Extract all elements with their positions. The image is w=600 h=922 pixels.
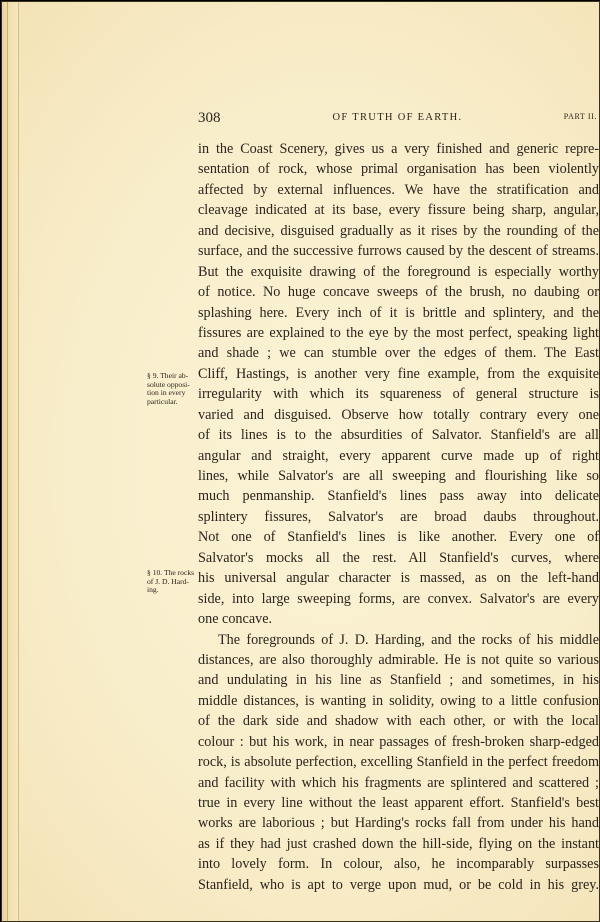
text-line: sentation of rock, whose primal organisa… [198, 159, 599, 179]
text-line: cleavage indicated at its base, every fi… [198, 200, 599, 220]
paragraph-2: The foregrounds of J. D. Harding, and th… [198, 630, 599, 896]
text-line: The foregrounds of J. D. Harding, and th… [198, 630, 599, 650]
page-header: 308 OF TRUTH OF EARTH. PART II. [198, 110, 597, 128]
text-line: of its lines is to the absurdities of Sa… [198, 425, 599, 445]
text-line: and decisive, disguised gradually as it … [198, 221, 599, 241]
text-line: of notice. No huge concave sweeps of the… [198, 282, 599, 302]
text-line: colour : but his work, in near passages … [198, 732, 599, 752]
text-line: splashing here. Every inch of it is brit… [198, 303, 599, 323]
text-line: irregularity with which its squareness o… [198, 384, 599, 404]
text-line: and facility with which his fragments ar… [198, 773, 599, 793]
sidenote-line: ing. [147, 586, 203, 595]
text-line: affected by external influences. We have… [198, 180, 599, 200]
text-line: Cliff, Hastings, is another very fine ex… [198, 364, 599, 384]
text-line: and shade ; we can stumble over the edge… [198, 343, 599, 363]
paragraph-1: in the Coast Scenery, gives us a very fi… [198, 139, 599, 630]
text-line: into lovely form. In colour, also, he in… [198, 854, 599, 874]
text-line: one concave. [198, 609, 599, 629]
text-line: fissures are explained to the eye by the… [198, 323, 599, 343]
text-line: and undulating in his line as Stanfield … [198, 670, 599, 690]
body-text: in the Coast Scenery, gives us a very fi… [198, 139, 599, 895]
sidenote-line: particular. [147, 398, 203, 407]
text-line: as if they had just crashed down the hil… [198, 834, 599, 854]
text-line: lines, while Salvator's are all sweeping… [198, 466, 599, 486]
text-line: in the Coast Scenery, gives us a very fi… [198, 139, 599, 159]
scanned-page: 308 OF TRUTH OF EARTH. PART II. § 9. The… [1, 1, 600, 922]
text-line: Stanfield, who is apt to verge upon mud,… [198, 875, 599, 895]
text-line: much penmanship. Stanfield's lines pass … [198, 486, 599, 506]
text-line: side, into large sweeping forms, are con… [198, 589, 599, 609]
part-label: PART II. [564, 112, 597, 121]
running-title: OF TRUTH OF EARTH. [198, 112, 597, 123]
book-gutter [2, 2, 19, 921]
text-line: true in every line without the least app… [198, 793, 599, 813]
text-line: of the dark side and shadow with each ot… [198, 711, 599, 731]
text-line: middle distances, is wanting in solidity… [198, 691, 599, 711]
sidenote-section-10: § 10. The rocks of J. D. Hard- ing. [147, 569, 203, 595]
text-line: splintery fissures, Salvator's are broad… [198, 507, 599, 527]
text-line: But the exquisite drawing of the foregro… [198, 262, 599, 282]
gutter-edge-line [7, 2, 8, 921]
text-line: distances, are also thoroughly admirable… [198, 650, 599, 670]
sidenote-section-9: § 9. Their ab- solute opposi- tion in ev… [147, 372, 203, 406]
text-line: Not one of Stanfield's lines is like ano… [198, 527, 599, 547]
text-line: Salvator's mocks all the rest. All Stanf… [198, 548, 599, 568]
text-line: angular and straight, every apparent cur… [198, 446, 599, 466]
text-line: works are laborious ; but Harding's rock… [198, 813, 599, 833]
text-line: his universal angular character is masse… [198, 568, 599, 588]
text-line: rock, is absolute perfection, excelling … [198, 752, 599, 772]
text-line: surface, and the successive furrows caus… [198, 241, 599, 261]
text-line: varied and disguised. Observe how totall… [198, 405, 599, 425]
